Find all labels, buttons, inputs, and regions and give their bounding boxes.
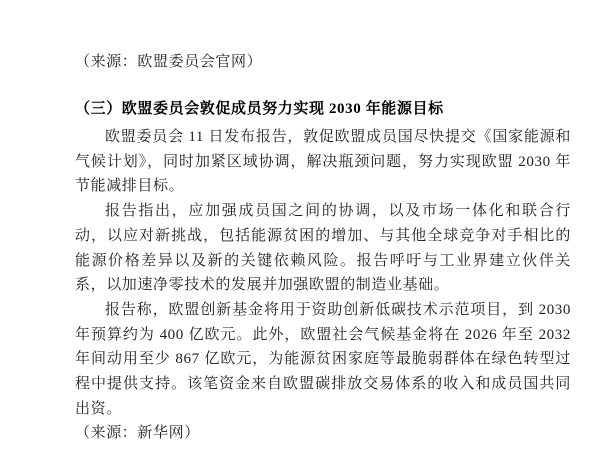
- source-attribution-top: （来源：欧盟委员会官网）: [75, 50, 571, 75]
- source-attribution-bottom: （来源：新华网）: [75, 421, 571, 446]
- document-page: （来源：欧盟委员会官网） （三）欧盟委员会敦促成员努力实现 2030 年能源目标…: [0, 0, 593, 476]
- section-heading: （三）欧盟委员会敦促成员努力实现 2030 年能源目标: [75, 97, 571, 122]
- paragraph-3: 报告称，欧盟创新基金将用于资助创新低碳技术示范项目，到 2030 年预算约为 4…: [75, 298, 571, 422]
- document-content: （来源：欧盟委员会官网） （三）欧盟委员会敦促成员努力实现 2030 年能源目标…: [75, 50, 571, 446]
- paragraph-2: 报告指出，应加强成员国之间的协调，以及市场一体化和联合行动，以应对新挑战，包括能…: [75, 199, 571, 298]
- paragraph-1: 欧盟委员会 11 日发布报告，敦促欧盟成员国尽快提交《国家能源和气候计划》，同时…: [75, 125, 571, 199]
